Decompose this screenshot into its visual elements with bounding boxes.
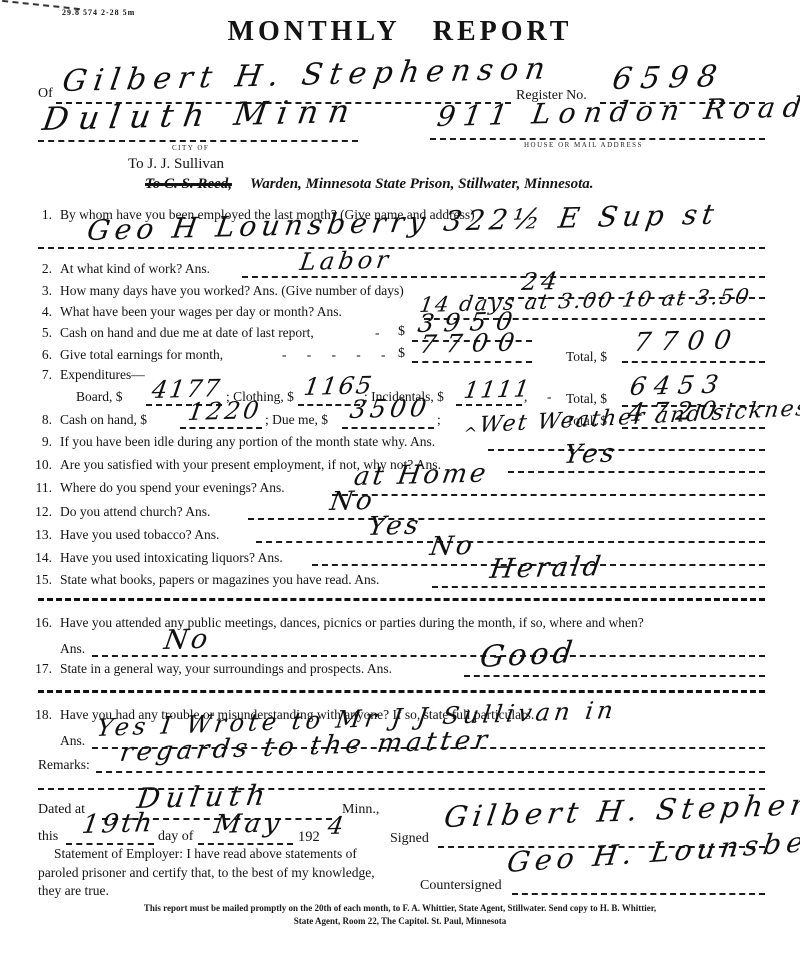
- q16-text: Have you attended any public meetings, d…: [60, 615, 644, 631]
- q6-text: Give total earnings for month,: [60, 347, 223, 363]
- city-caption: CITY OF: [172, 144, 209, 152]
- q11-text: Where do you spend your evenings? Ans.: [60, 480, 285, 496]
- page-title: MONTHLY REPORT: [0, 16, 800, 48]
- section-divider: [38, 598, 765, 601]
- q14-answer-handwriting: No: [428, 531, 477, 562]
- q2-number: 2.: [32, 261, 52, 277]
- q6-amount-handwriting: 7700: [418, 327, 526, 359]
- day-of-label: day of: [158, 829, 193, 845]
- monthly-report-form: 29.8 574 2-28 5m MONTHLY REPORT Of Gilbe…: [0, 0, 800, 973]
- q4-number: 4.: [32, 304, 52, 320]
- q16-ans-label: Ans.: [60, 641, 85, 657]
- q1-number: 1.: [32, 207, 52, 223]
- q6-number: 6.: [32, 347, 52, 363]
- q14-text: Have you used intoxicating liquors? Ans.: [60, 550, 283, 566]
- q1-answer-handwriting: Geo H Lounsberry 322½ E Sup st: [85, 198, 721, 247]
- q7-head: Expenditures—: [60, 367, 145, 383]
- section-divider: [38, 690, 765, 693]
- q7-total-label: Total, $: [566, 391, 607, 407]
- q9-answer-line: [488, 449, 765, 451]
- employer-statement: Statement of Employer: I have read above…: [38, 845, 400, 901]
- year-digit-handwriting: 4: [326, 812, 346, 840]
- q4-text: What have been your wages per day or mon…: [60, 304, 342, 320]
- remarks-label: Remarks:: [38, 757, 90, 773]
- q17-answer-handwriting: Good: [478, 635, 578, 675]
- q5-dash: -: [375, 325, 380, 341]
- q7-incidentals-handwriting: 1111: [462, 376, 533, 404]
- prisoner-name-handwriting: Gilbert H. Stephenson: [60, 51, 554, 99]
- q12-text: Do you attend church? Ans.: [60, 504, 210, 520]
- q15-answer-handwriting: Herald: [488, 551, 606, 585]
- q5-dollar-sign: $: [398, 324, 405, 340]
- addressee-struck-text: To C. S. Reed,: [145, 176, 232, 193]
- q16-answer-line: [92, 655, 765, 657]
- q9-text: If you have been idle during any portion…: [60, 434, 435, 450]
- q18-number: 18.: [32, 707, 52, 723]
- q2-answer-line: [242, 276, 765, 278]
- q8-due-handwriting: 3500: [348, 393, 432, 424]
- footnote-line1: This report must be mailed promptly on t…: [0, 903, 800, 913]
- q7-number: 7.: [32, 367, 52, 383]
- q13-number: 13.: [32, 527, 52, 543]
- countersigned-label: Countersigned: [420, 878, 502, 894]
- q6-dollar-sign: $: [398, 346, 405, 362]
- q2-text: At what kind of work? Ans.: [60, 261, 210, 277]
- q2-answer-handwriting: Labor: [298, 246, 394, 276]
- q7-dash: -: [547, 389, 552, 405]
- q17-text: State in a general way, your surrounding…: [60, 661, 392, 677]
- q8-due-line: [342, 427, 434, 429]
- q6-dashes: - - - - -: [282, 347, 385, 363]
- q9-number: 9.: [32, 434, 52, 450]
- signature-handwriting: Gilbert H. Stephenson: [442, 785, 800, 834]
- city-line: [38, 140, 358, 142]
- q13-answer-line: [256, 541, 765, 543]
- q12-number: 12.: [32, 504, 52, 520]
- q15-text: State what books, papers or magazines yo…: [60, 572, 379, 588]
- q3-text: How many days have you worked? Ans. (Giv…: [60, 283, 404, 299]
- q6-amount-line: [412, 361, 532, 363]
- countersignature-line: [512, 893, 765, 895]
- q8-cash-label: Cash on hand, $: [60, 412, 147, 428]
- q10-number: 10.: [32, 457, 52, 473]
- footnote-line2: State Agent, Room 22, The Capitol. St. P…: [0, 916, 800, 926]
- q8-due-label: ; Due me, $: [265, 412, 328, 428]
- this-label: this: [38, 829, 58, 845]
- q6-total-line: [622, 361, 765, 363]
- address-caption: HOUSE OR MAIL ADDRESS: [524, 141, 643, 149]
- q11-number: 11.: [32, 480, 52, 496]
- month-handwriting: May: [212, 808, 286, 840]
- register-number-handwriting: 6598: [610, 59, 728, 97]
- q8-number: 8.: [32, 412, 52, 428]
- year-prefix: 192: [298, 829, 320, 846]
- q14-number: 14.: [32, 550, 52, 566]
- q6-total-handwriting: 7700: [632, 325, 743, 358]
- minn-label: Minn.,: [342, 802, 379, 818]
- q16-number: 16.: [32, 615, 52, 631]
- addressee-name: To J. J. Sullivan: [128, 156, 224, 173]
- q9-caret-mark: ^: [462, 424, 478, 443]
- q10-answer-line: [508, 471, 765, 473]
- q10-answer-handwriting: Yes: [562, 439, 619, 470]
- q5-text: Cash on hand and due me at date of last …: [60, 325, 314, 341]
- q8-cash-line: [180, 427, 262, 429]
- address-line: [430, 138, 765, 140]
- dated-at-label: Dated at: [38, 802, 85, 818]
- q8-cash-handwriting: 1220: [186, 396, 264, 426]
- q17-number: 17.: [32, 661, 52, 677]
- q11-answer-line: [332, 494, 765, 496]
- q7-comma: ,: [524, 389, 527, 405]
- day-handwriting: 19th: [80, 808, 157, 840]
- q6-total-label: Total, $: [566, 349, 607, 365]
- address-handwriting: 911 London Road: [435, 90, 800, 133]
- q1-answer-line: [38, 247, 765, 249]
- q15-answer-line: [432, 586, 765, 588]
- q18-ans-label: Ans.: [60, 733, 85, 749]
- q8-semicolon: ;: [437, 412, 441, 428]
- q12-answer-line: [248, 518, 765, 520]
- q3-number: 3.: [32, 283, 52, 299]
- q13-answer-handwriting: Yes: [366, 511, 423, 542]
- q17-answer-line: [464, 675, 765, 677]
- q15-number: 15.: [32, 572, 52, 588]
- q16-answer-handwriting: No: [162, 624, 213, 656]
- q7-board-label: Board, $: [76, 389, 123, 405]
- q13-text: Have you used tobacco? Ans.: [60, 527, 219, 543]
- q5-number: 5.: [32, 325, 52, 341]
- city-handwriting: Duluth Minn: [40, 92, 362, 138]
- q7-incidentals-line: [456, 404, 522, 406]
- addressee-line: Warden, Minnesota State Prison, Stillwat…: [250, 176, 594, 193]
- remarks-line: [96, 771, 765, 773]
